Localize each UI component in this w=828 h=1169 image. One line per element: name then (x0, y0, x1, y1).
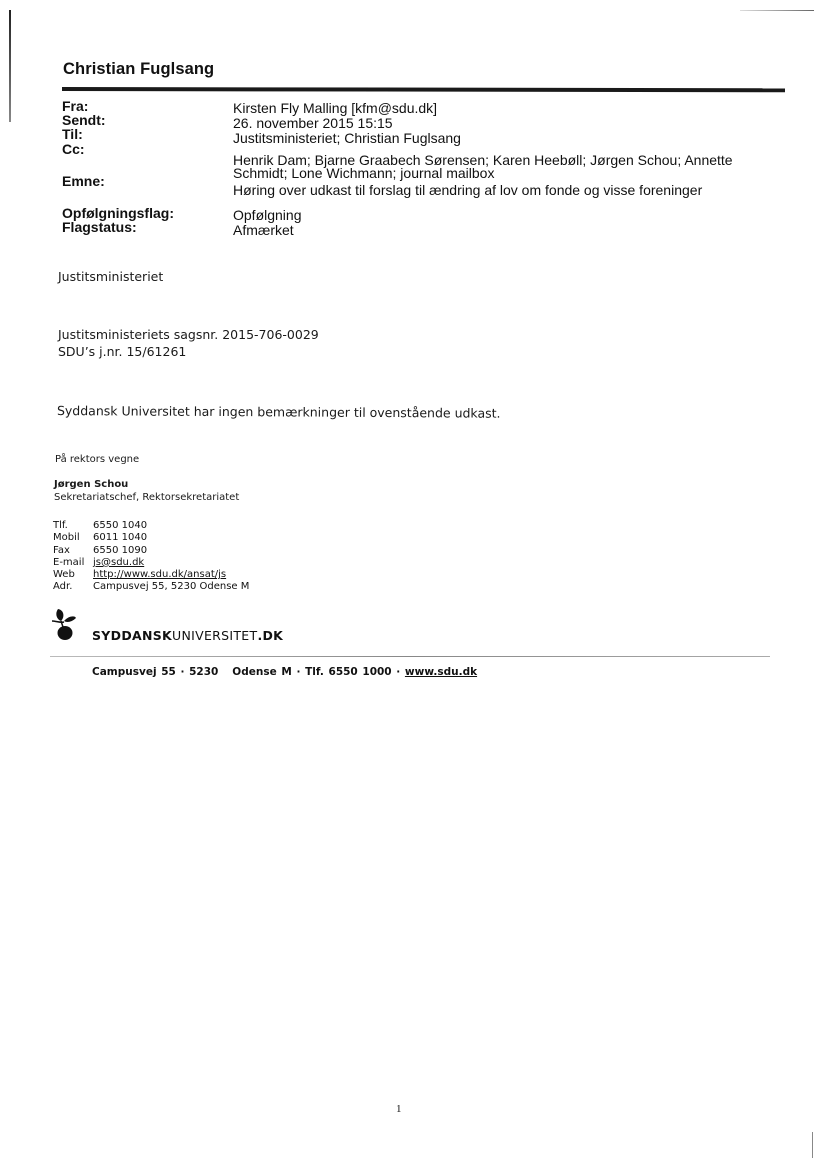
sdu-journal-number: SDU’s j.nr. 15/61261 (58, 344, 186, 359)
scan-edge-line (9, 10, 11, 122)
letter-statement: Syddansk Universitet har ingen bemærknin… (57, 403, 501, 421)
sent-value: 26. november 2015 15:15 (233, 116, 393, 130)
address-value: Campusvej 55, 5230 Odense M (93, 581, 249, 593)
signatory-title: Sekretariatschef, Rektorsekretariatet (54, 492, 239, 505)
sdu-logo-wordmark: SYDDANSKUNIVERSITET.DK (92, 628, 283, 643)
sent-label: Sendt: (62, 113, 106, 127)
contact-label: Fax (53, 545, 93, 557)
header-divider (62, 87, 785, 92)
flag-status-value: Afmærket (233, 223, 294, 237)
sdu-apple-logo-icon (50, 607, 88, 643)
ministry-case-number: Justitsministeriets sagsnr. 2015-706-002… (58, 327, 319, 342)
scan-edge-line (812, 1132, 813, 1158)
fax-value: 6550 1090 (93, 545, 249, 557)
scan-edge-line (740, 10, 814, 11)
subject-label: Emne: (62, 174, 105, 188)
to-value: Justitsministeriet; Christian Fuglsang (233, 131, 461, 145)
followup-flag-value: Opfølgning (233, 208, 301, 222)
contact-label: E-mail (53, 557, 93, 569)
footer-divider (50, 656, 770, 657)
flag-status-label: Flagstatus: (62, 220, 137, 234)
subject-value: Høring over udkast til forslag til ændri… (233, 183, 702, 197)
contact-label: Tlf. (53, 520, 93, 532)
footer-address: Campusvej 55 · 5230 Odense M · Tlf. 6550… (92, 666, 477, 678)
to-label: Til: (62, 127, 83, 141)
signatory-name: Jørgen Schou (54, 479, 128, 490)
cc-value-line2: Schmidt; Lone Wichmann; journal mailbox (233, 166, 494, 180)
mobile-value: 6011 1040 (93, 532, 249, 544)
cc-label: Cc: (62, 142, 85, 156)
mailbox-owner-name: Christian Fuglsang (63, 60, 214, 79)
phone-value: 6550 1040 (93, 520, 249, 532)
footer-website-link[interactable]: www.sdu.dk (405, 666, 477, 678)
page-number: 1 (396, 1103, 402, 1115)
contact-label: Mobil (53, 532, 93, 544)
on-behalf-of: På rektors vegne (55, 454, 139, 467)
web-link[interactable]: http://www.sdu.dk/ansat/js (93, 569, 249, 581)
contact-label: Adr. (53, 581, 93, 593)
from-value: Kirsten Fly Malling [kfm@sdu.dk] (233, 101, 437, 115)
from-label: Fra: (62, 99, 88, 113)
followup-flag-label: Opfølgningsflag: (62, 206, 174, 220)
email-link[interactable]: js@sdu.dk (93, 557, 249, 569)
letter-recipient: Justitsministeriet (58, 269, 163, 284)
contact-details: Tlf. 6550 1040 Mobil 6011 1040 Fax 6550 … (53, 520, 249, 594)
contact-label: Web (53, 569, 93, 581)
